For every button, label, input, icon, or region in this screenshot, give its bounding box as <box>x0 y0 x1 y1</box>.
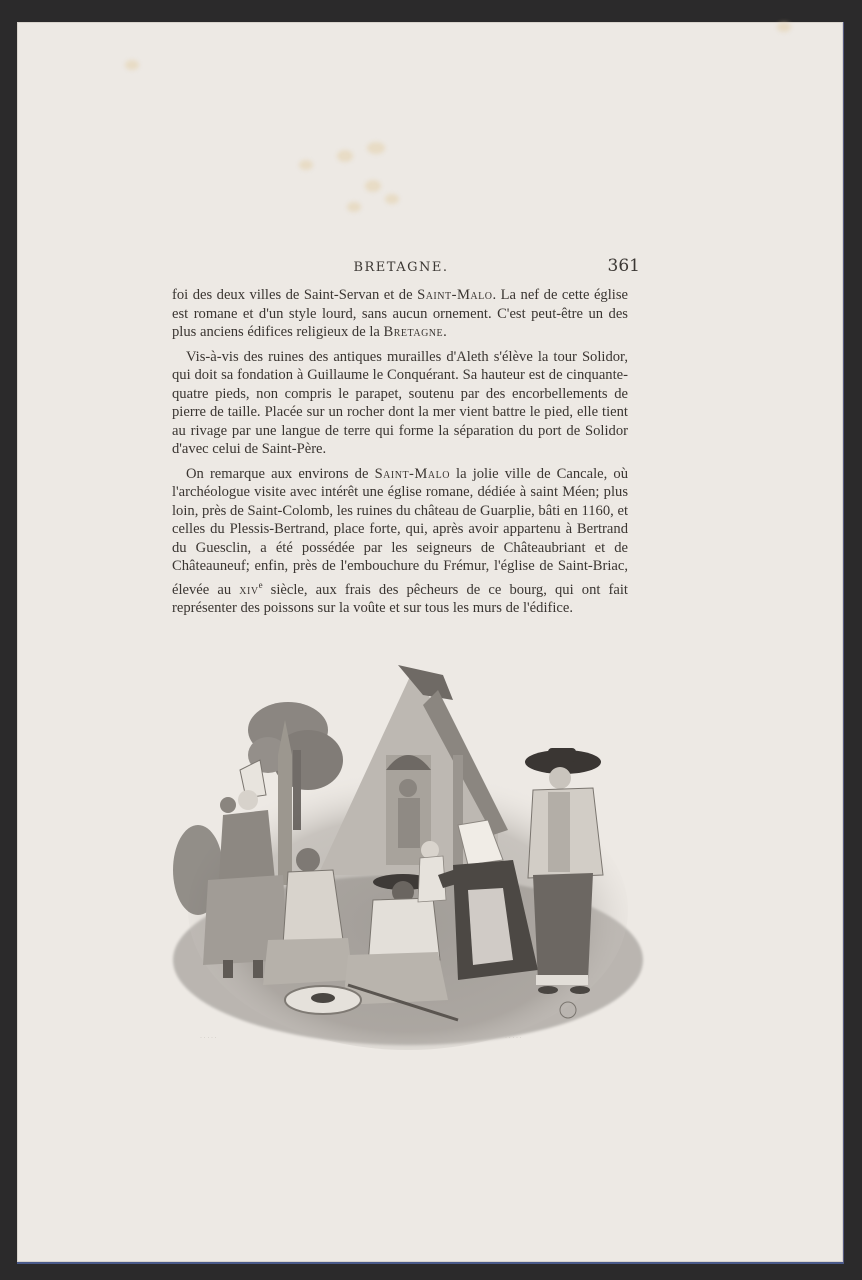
book-page <box>17 22 844 1264</box>
paragraph: On remarque aux environs de Saint-Malo l… <box>172 465 628 618</box>
foxing-spot <box>347 202 361 212</box>
foxing-spot <box>365 180 381 192</box>
artist-credit-caption: · · · · · <box>200 1035 217 1041</box>
page-number: 361 <box>608 256 640 276</box>
straw-hat-on-ground <box>285 986 361 1014</box>
running-head-title: BRETAGNE. <box>160 260 642 275</box>
body-text: foi des deux villes de Saint-Servan et d… <box>172 286 628 623</box>
foxing-spot <box>125 60 139 70</box>
lithograph-illustration <box>168 660 650 1052</box>
foxing-spot <box>367 142 385 154</box>
foxing-spot <box>385 194 399 204</box>
printer-credit-caption: · · · · · <box>505 1035 522 1041</box>
foxing-spot <box>299 160 313 170</box>
paragraph: Vis-à-vis des ruines des antiques murail… <box>172 348 628 459</box>
foxing-spot <box>337 150 353 162</box>
running-head: BRETAGNE. 361 <box>160 256 642 278</box>
foxing-spot <box>777 22 791 32</box>
paragraph: foi des deux villes de Saint-Servan et d… <box>172 286 628 342</box>
